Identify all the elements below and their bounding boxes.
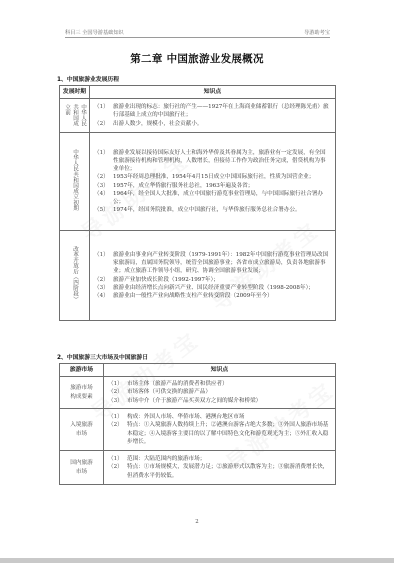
period-label: 中华人民 bbox=[79, 104, 86, 126]
header-brand: 导游助考宝 bbox=[304, 29, 330, 36]
table-row: 国内旅游市场 （1）范围：大陆范围内的旅游市场； （2）特点：①市场规模大，发展… bbox=[60, 451, 336, 485]
market-label: 入境旅游 bbox=[63, 421, 100, 430]
chapter-title: 第二章 中国旅游业发展概况 bbox=[0, 51, 394, 66]
item-text: 1964年，经全国人大批准，成立中国旅行游览事业管理局，与中国国际旅行社合署办公… bbox=[113, 190, 329, 206]
item-text: 范围：大陆范围内的旅游市场； bbox=[127, 455, 329, 463]
item-number: （1） bbox=[94, 103, 113, 119]
page-header: 科目三 全国导游基础知识 导游助考宝 bbox=[65, 29, 330, 38]
column-header-points: 知识点 bbox=[104, 364, 336, 377]
market-cell: 入境旅游市场 bbox=[60, 409, 104, 451]
market-cell: 国内旅游市场 bbox=[60, 451, 104, 485]
item-text: 旅游业由一般性产业向战略性支柱产业转变阶段（2009年至今） bbox=[113, 292, 329, 300]
header-subject: 科目三 全国导游基础知识 bbox=[65, 29, 124, 36]
item-text: 旅游业由经济增长点向新兴产业、国民经济重要产业转型阶段（1998-2008年）； bbox=[113, 284, 329, 292]
list-item: （2）特点：①市场规模大，发展潜力足；②旅游形式以散客为主；③旅游消费增长快，但… bbox=[108, 463, 329, 479]
item-number: （5） bbox=[94, 206, 113, 214]
markets-table: 旅游市场 知识点 旅游市场构成要素 （1）市场主体（旅游产品的消费者和供应者） … bbox=[59, 363, 336, 485]
points-cell: （1）旅游业由事业向产业转变阶段（1979-1991年）：1982年中国旅行游览… bbox=[90, 231, 336, 321]
list-item: （2）旅游产业加快成长阶段（1992-1997年）； bbox=[94, 276, 329, 284]
item-text: 市场主体（旅游产品的消费者和供应者） bbox=[127, 380, 329, 388]
list-item: （3）市场中介（介于旅游产品买卖双方之间的媒介和桥梁） bbox=[108, 397, 329, 405]
list-item: （1）旅游业出现的标志：旅行社的产生——1927年在上海商业储蓄银行（总经理陈光… bbox=[94, 103, 329, 119]
viewer-bottom-edge bbox=[0, 558, 394, 563]
item-text: 1957年，成立华侨旅行服务社总社，1963年遍及各省； bbox=[113, 182, 329, 190]
item-number: （1） bbox=[108, 413, 127, 421]
item-text: 旅游产业加快成长阶段（1992-1997年）； bbox=[113, 276, 329, 284]
market-label: 国内旅游 bbox=[63, 459, 100, 468]
item-number: （2） bbox=[108, 388, 127, 396]
section-heading-history: 1、中国旅游业发展历程 bbox=[57, 74, 119, 83]
item-text: 市场中介（介于旅游产品买卖双方之间的媒介和桥梁） bbox=[127, 397, 329, 405]
market-label: 市场 bbox=[63, 430, 100, 439]
column-header-period: 发展时期 bbox=[60, 86, 90, 99]
item-text: 1974年，经国务院批准，成立中国旅行社，与华侨旅行服务总社合署办公。 bbox=[113, 206, 329, 214]
list-item: （3）旅游业由经济增长点向新兴产业、国民经济重要产业转型阶段（1998-2008… bbox=[94, 284, 329, 292]
list-item: （3）1957年，成立华侨旅行服务社总社，1963年遍及各省； bbox=[94, 182, 329, 190]
period-cell: 改革开放后（四阶段） bbox=[60, 231, 90, 321]
period-label: 中华人民共和国成立初期 bbox=[71, 149, 78, 211]
points-cell: （1）旅游业出现的标志：旅行社的产生——1927年在上海商业储蓄银行（总经理陈光… bbox=[90, 99, 336, 133]
item-number: （2） bbox=[94, 173, 113, 181]
market-cell: 旅游市场构成要素 bbox=[60, 377, 104, 409]
item-number: （4） bbox=[94, 190, 113, 206]
period-label: 改革开放后（四阶段） bbox=[71, 246, 78, 302]
points-cell: （1）市场主体（旅游产品的消费者和供应者） （2）市场客体（可供交换的旅游产品）… bbox=[104, 377, 336, 409]
item-text: 旅游业发展以接待国际友好人士和海外华侨及其眷属为主，旅游业有一定发展，有全国性旅… bbox=[113, 149, 329, 174]
item-text: 特点：①入境旅游人数持续上升；②港澳台游客占绝大多数；③外国人旅游市场基本稳定；… bbox=[127, 421, 329, 446]
period-label: 共和国成 bbox=[71, 104, 78, 126]
list-item: （4）1964年，经全国人大批准，成立中国旅行游览事业管理局，与中国国际旅行社合… bbox=[94, 190, 329, 206]
item-text: 1953年经周总理批准，1954年4月15日成立中国国际旅行社，性质为国营企业； bbox=[113, 173, 329, 181]
points-cell: （1）旅游业发展以接待国际友好人士和海外华侨及其眷属为主，旅游业有一定发展，有全… bbox=[90, 133, 336, 231]
period-label: 立前 bbox=[63, 104, 70, 115]
table-header-row: 发展时期 知识点 bbox=[60, 86, 336, 99]
period-cell: 中华人民共和国成立初期 bbox=[60, 133, 90, 231]
market-label: 旅游市场 bbox=[63, 384, 100, 393]
points-cell: （1）构成：外国人市场、华侨市场、港澳台地区市场 （2）特点：①入境旅游人数持续… bbox=[104, 409, 336, 451]
table-row: 旅游市场构成要素 （1）市场主体（旅游产品的消费者和供应者） （2）市场客体（可… bbox=[60, 377, 336, 409]
list-item: （1）旅游业由事业向产业转变阶段（1979-1991年）：1982年中国旅行游览… bbox=[94, 251, 329, 276]
table-row: 入境旅游市场 （1）构成：外国人市场、华侨市场、港澳台地区市场 （2）特点：①入… bbox=[60, 409, 336, 451]
item-number: （4） bbox=[94, 292, 113, 300]
column-header-points: 知识点 bbox=[90, 86, 336, 99]
table-row: 中华人民 共和国成 立前 （1）旅游业出现的标志：旅行社的产生——1927年在上… bbox=[60, 99, 336, 133]
item-number: （1） bbox=[94, 251, 113, 276]
list-item: （1）构成：外国人市场、华侨市场、港澳台地区市场 bbox=[108, 413, 329, 421]
item-text: 特点：①市场规模大，发展潜力足；②旅游形式以散客为主；③旅游消费增长快，但消费水… bbox=[127, 463, 329, 479]
period-cell: 中华人民 共和国成 立前 bbox=[60, 99, 90, 133]
item-number: （3） bbox=[94, 284, 113, 292]
item-number: （1） bbox=[94, 149, 113, 174]
item-number: （2） bbox=[108, 463, 127, 479]
list-item: （1）范围：大陆范围内的旅游市场； bbox=[108, 455, 329, 463]
item-number: （1） bbox=[108, 380, 127, 388]
history-table: 发展时期 知识点 中华人民 共和国成 立前 （1）旅游业出现的标志：旅行社的产生… bbox=[59, 85, 336, 321]
list-item: （1）市场主体（旅游产品的消费者和供应者） bbox=[108, 380, 329, 388]
item-text: 构成：外国人市场、华侨市场、港澳台地区市场 bbox=[127, 413, 329, 421]
list-item: （4）旅游业由一般性产业向战略性支柱产业转变阶段（2009年至今） bbox=[94, 292, 329, 300]
item-text: 旅游业由事业向产业转变阶段（1979-1991年）：1982年中国旅行游览事业管… bbox=[113, 251, 329, 276]
item-number: （3） bbox=[94, 182, 113, 190]
item-text: 出游人数少，规模小，社会贡献小。 bbox=[113, 120, 329, 128]
item-number: （2） bbox=[94, 276, 113, 284]
list-item: （2）市场客体（可供交换的旅游产品） bbox=[108, 388, 329, 396]
item-text: 市场客体（可供交换的旅游产品） bbox=[127, 388, 329, 396]
table-header-row: 旅游市场 知识点 bbox=[60, 364, 336, 377]
list-item: （2）特点：①入境旅游人数持续上升；②港澳台游客占绝大多数；③外国人旅游市场基本… bbox=[108, 421, 329, 446]
item-number: （1） bbox=[108, 455, 127, 463]
list-item: （2）出游人数少，规模小，社会贡献小。 bbox=[94, 120, 329, 128]
item-number: （2） bbox=[94, 120, 113, 128]
document-page: 导游助考宝 导游助考宝 导游助考宝 导游助考宝 科目三 全国导游基础知识 导游助… bbox=[0, 0, 394, 558]
item-number: （3） bbox=[108, 397, 127, 405]
list-item: （1）旅游业发展以接待国际友好人士和海外华侨及其眷属为主，旅游业有一定发展，有全… bbox=[94, 149, 329, 174]
list-item: （2）1953年经周总理批准，1954年4月15日成立中国国际旅行社，性质为国营… bbox=[94, 173, 329, 181]
section-heading-markets: 2、中国旅游三大市场及中国旅游日 bbox=[57, 352, 148, 361]
market-label: 构成要素 bbox=[63, 393, 100, 402]
table-row: 改革开放后（四阶段） （1）旅游业由事业向产业转变阶段（1979-1991年）：… bbox=[60, 231, 336, 321]
column-header-market: 旅游市场 bbox=[60, 364, 104, 377]
table-row: 中华人民共和国成立初期 （1）旅游业发展以接待国际友好人士和海外华侨及其眷属为主… bbox=[60, 133, 336, 231]
list-item: （5）1974年，经国务院批准，成立中国旅行社，与华侨旅行服务总社合署办公。 bbox=[94, 206, 329, 214]
item-text: 旅游业出现的标志：旅行社的产生——1927年在上海商业储蓄银行（总经理陈光甫）旅… bbox=[113, 103, 329, 119]
market-label: 市场 bbox=[63, 468, 100, 477]
item-number: （2） bbox=[108, 421, 127, 446]
page-number: 2 bbox=[0, 519, 394, 525]
points-cell: （1）范围：大陆范围内的旅游市场； （2）特点：①市场规模大，发展潜力足；②旅游… bbox=[104, 451, 336, 485]
